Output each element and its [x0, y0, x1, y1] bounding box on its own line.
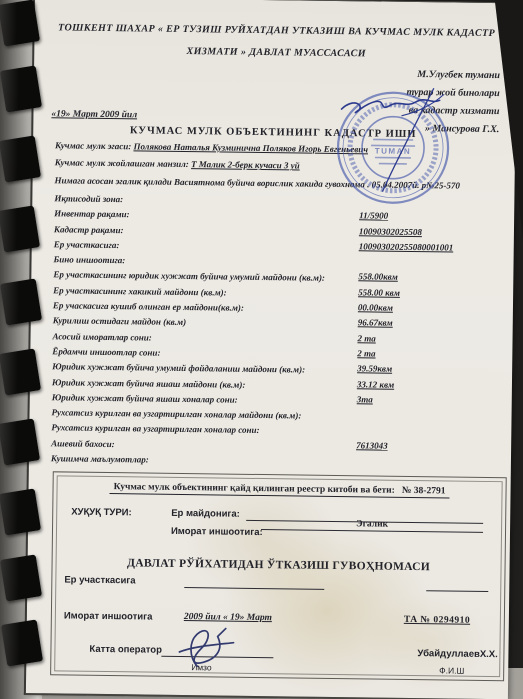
field-value: 33.12 квм — [357, 379, 394, 389]
binding-comb — [0, 418, 40, 465]
field-label: Ер учаскасига кушиб олинган ер майдони(к… — [53, 300, 244, 312]
document-page: ТОШКЕНТ ШАХАР « ЕР ТУЗИШ РУЙХАТДАН УТКАЗ… — [24, 0, 517, 699]
field-value: 3та — [357, 394, 373, 404]
binding-comb — [0, 348, 41, 395]
field-label: Кучмас мулк эгаси: — [55, 140, 131, 151]
field-label: Юридик хужжат буйича яшаш майдони (кв.м)… — [52, 377, 246, 390]
field-label: Бино иншоотига: — [53, 254, 125, 265]
building-right-value: Эгалик — [261, 518, 483, 533]
document-title: КУЧМАС МУЛК ОБЪЕКТИНИНГ КАДАСТР ИШИ — [93, 125, 453, 141]
field-value: 7613043 — [356, 440, 388, 450]
field-label: Кушимча маълумотлар: — [51, 453, 149, 464]
org-title: ТОШКЕНТ ШАХАР « ЕР ТУЗИШ РУЙХАТДАН УТКАЗ… — [54, 17, 499, 67]
field-label: Кучмас мулк жойлашган манзил: — [55, 158, 189, 170]
field-label: Рухсатсиз курилган ва узгартирилган хона… — [51, 423, 259, 436]
field-label: Рухсатсиз курилган ва узгартирилган хона… — [51, 407, 301, 420]
land-row-label: Ер участкасига — [64, 574, 135, 586]
binding-comb — [0, 0, 40, 47]
branch-line: М.Улугбек тумани — [407, 66, 500, 85]
fio-label: Ф.И.Ш — [439, 665, 464, 675]
ta-number: ТА № 0294910 — [404, 615, 470, 626]
field-value: 558.00квм — [358, 272, 398, 283]
field-value: 96.67квм — [358, 318, 393, 328]
field-label: Нимага асосан эгалик қилади — [55, 175, 172, 187]
binding-comb — [0, 554, 42, 601]
field-label: Курилиш остидаги майдон (кв.м) — [53, 316, 187, 328]
field-label: Юридик хужжат буйича умумий фойдаланиш м… — [52, 362, 305, 375]
field-value: 100903020255080001001 — [359, 241, 454, 252]
field-label: Ер участкасига: — [54, 239, 120, 250]
owner-fields: Кучмас мулк эгаси: Полякова Наталья Кузм… — [54, 140, 505, 198]
field-label: Ер участкасининг хакикий майдони (кв.м): — [53, 285, 227, 297]
operator-name: УбайдуллаевХ.Х. — [417, 648, 498, 660]
certificate-title: ДАВЛАТ РЎЙХАТИДАН ЎТКАЗИШ ГУВОҲНОМАСИ — [53, 556, 505, 574]
field-label: Кадастр рақами: — [54, 224, 124, 235]
binding-comb — [0, 278, 42, 325]
field-label: Инвентар рақами: — [54, 209, 130, 220]
registration-date: 2009 йил « 19» Март — [184, 612, 272, 623]
land-row-blank2 — [426, 579, 488, 592]
building-row-label: Иморат иншоотига — [64, 610, 153, 622]
field-label: Ёрдамчи иншоотлар сони: — [52, 346, 160, 357]
field-value: 558.00 квм — [358, 287, 400, 298]
field-label: Иқтисодий зона: — [54, 193, 123, 204]
field-value: 00.00квм — [358, 302, 393, 312]
binding-comb — [0, 65, 42, 112]
reestr-line: Кучмас мулк объектининг қайд қилинган ре… — [54, 481, 506, 497]
binding-comb — [0, 205, 40, 252]
binding-comb — [0, 488, 41, 535]
document-date: «19» Март 2009 йил — [51, 109, 137, 120]
field-value: Полякова Наталья Кузминична Поляков Игор… — [133, 141, 368, 154]
field-value: 10090302025508 — [359, 226, 422, 237]
field-value: 11/5900 — [359, 211, 388, 221]
field-value: 39.59квм — [357, 364, 392, 374]
field-value: 2 та — [357, 333, 375, 343]
field-label: Юридик хужжат буйича яшаш хоналар сони: — [52, 392, 238, 404]
branch-line: ва кадастр хизмати — [406, 102, 499, 121]
land-row-blank1 — [184, 576, 324, 590]
reestr-number: № 38-2791 — [402, 486, 446, 497]
building-label: Иморат иншоотига: — [171, 526, 263, 538]
field-label: Ашевий бахоси: — [51, 438, 115, 449]
right-type-label: ХУҚУҚ ТУРИ: — [71, 507, 132, 519]
binding-comb — [0, 135, 41, 182]
photo-of-document: { "colors":{"stamp_blue":"#3d51a8","sign… — [0, 0, 523, 699]
registry-box: Кучмас мулк объектининг қайд қилинган ре… — [50, 471, 507, 681]
branch-line: турар жой бинолари — [406, 84, 499, 103]
reestr-label: Кучмас мулк объектининг қайд қилинган ре… — [114, 482, 395, 496]
cadastre-fields: Иқтисодий зона: Инвентар рақами:11/5900 … — [51, 193, 505, 474]
operator-signature-line — [161, 645, 273, 658]
imzo-label: Имзо — [191, 662, 212, 672]
field-label: Асосий иморатлар сони: — [52, 331, 151, 342]
field-value: Т Малик 2-берк кучаси 3 уй — [191, 159, 300, 170]
land-label: Ер майдонига: — [171, 508, 240, 520]
binding-comb — [1, 619, 43, 666]
field-value: 2 та — [357, 348, 375, 358]
operator-label: Катта оператор — [89, 644, 162, 656]
